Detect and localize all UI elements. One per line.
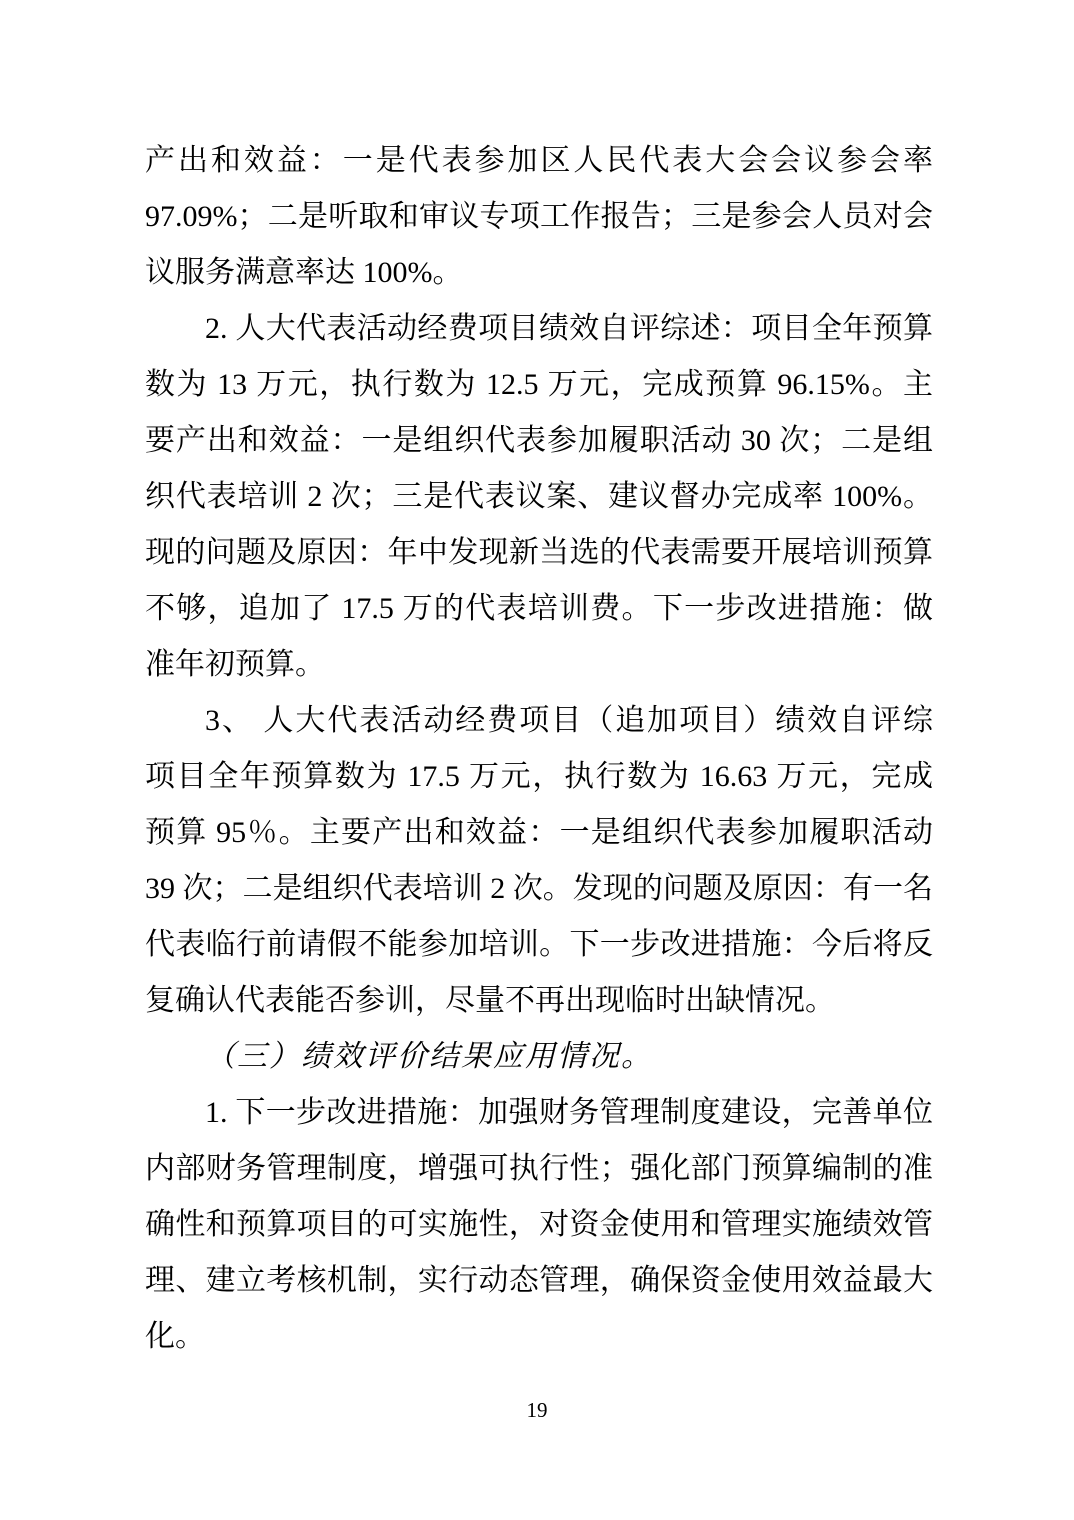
text-line: 确性和预算项目的可实施性，对资金使用和管理实施绩效管 bbox=[145, 1197, 933, 1253]
text-line: 项目全年预算数为 17.5 万元，执行数为 16.63 万元，完成 bbox=[145, 749, 933, 805]
text-line: 现的问题及原因：年中发现新当选的代表需要开展培训预算 bbox=[145, 525, 933, 581]
para-output-benefit-continuation: 产出和效益：一是代表参加区人民代表大会会议参会率97.09%；二是听取和审议专项… bbox=[145, 133, 933, 301]
text-line: 数为 13 万元，执行数为 12.5 万元，完成预算 96.15%。主 bbox=[145, 357, 933, 413]
text-line: 复确认代表能否参训，尽量不再出现临时出缺情况。 bbox=[145, 973, 933, 1029]
text-line: 97.09%；二是听取和审议专项工作报告；三是参会人员对会 bbox=[145, 189, 933, 245]
text-line: 2. 人大代表活动经费项目绩效自评综述：项目全年预算 bbox=[145, 301, 933, 357]
text-line: 39 次；二是组织代表培训 2 次。发现的问题及原因：有一名 bbox=[145, 861, 933, 917]
text-line: 理、建立考核机制，实行动态管理，确保资金使用效益最大 bbox=[145, 1253, 933, 1309]
text-line: 不够，追加了 17.5 万的代表培训费。下一步改进措施：做 bbox=[145, 581, 933, 637]
text-line: 产出和效益：一是代表参加区人民代表大会会议参会率 bbox=[145, 133, 933, 189]
text-line: 要产出和效益：一是组织代表参加履职活动 30 次；二是组 bbox=[145, 413, 933, 469]
text-line: 准年初预算。 bbox=[145, 637, 933, 693]
text-line: （三）绩效评价结果应用情况。 bbox=[145, 1029, 933, 1085]
document-page: 产出和效益：一是代表参加区人民代表大会会议参会率97.09%；二是听取和审议专项… bbox=[0, 0, 1074, 1520]
text-line: 织代表培训 2 次；三是代表议案、建议督办完成率 100%。发 bbox=[145, 469, 933, 525]
page-footer: 19 bbox=[0, 1398, 1074, 1423]
document-body: 产出和效益：一是代表参加区人民代表大会会议参会率97.09%；二是听取和审议专项… bbox=[145, 133, 933, 1365]
text-line: 议服务满意率达 100%。 bbox=[145, 245, 933, 301]
text-line: 代表临行前请假不能参加培训。下一步改进措施：今后将反 bbox=[145, 917, 933, 973]
heading-section-three-result-application: （三）绩效评价结果应用情况。 bbox=[145, 1029, 933, 1085]
text-line: 化。 bbox=[145, 1309, 933, 1365]
text-line: 内部财务管理制度，增强可执行性；强化部门预算编制的准 bbox=[145, 1141, 933, 1197]
para-item-1-improvement-measures: 1. 下一步改进措施：加强财务管理制度建设，完善单位内部财务管理制度，增强可执行… bbox=[145, 1085, 933, 1365]
page-number: 19 bbox=[527, 1398, 548, 1422]
text-line: 预算 95％。主要产出和效益：一是组织代表参加履职活动 bbox=[145, 805, 933, 861]
para-item-3-additional-project: 3、 人大代表活动经费项目（追加项目）绩效自评综述：项目全年预算数为 17.5 … bbox=[145, 693, 933, 1029]
text-line: 3、 人大代表活动经费项目（追加项目）绩效自评综述： bbox=[145, 693, 933, 749]
text-line: 1. 下一步改进措施：加强财务管理制度建设，完善单位 bbox=[145, 1085, 933, 1141]
para-item-2-activity-funds: 2. 人大代表活动经费项目绩效自评综述：项目全年预算数为 13 万元，执行数为 … bbox=[145, 301, 933, 693]
